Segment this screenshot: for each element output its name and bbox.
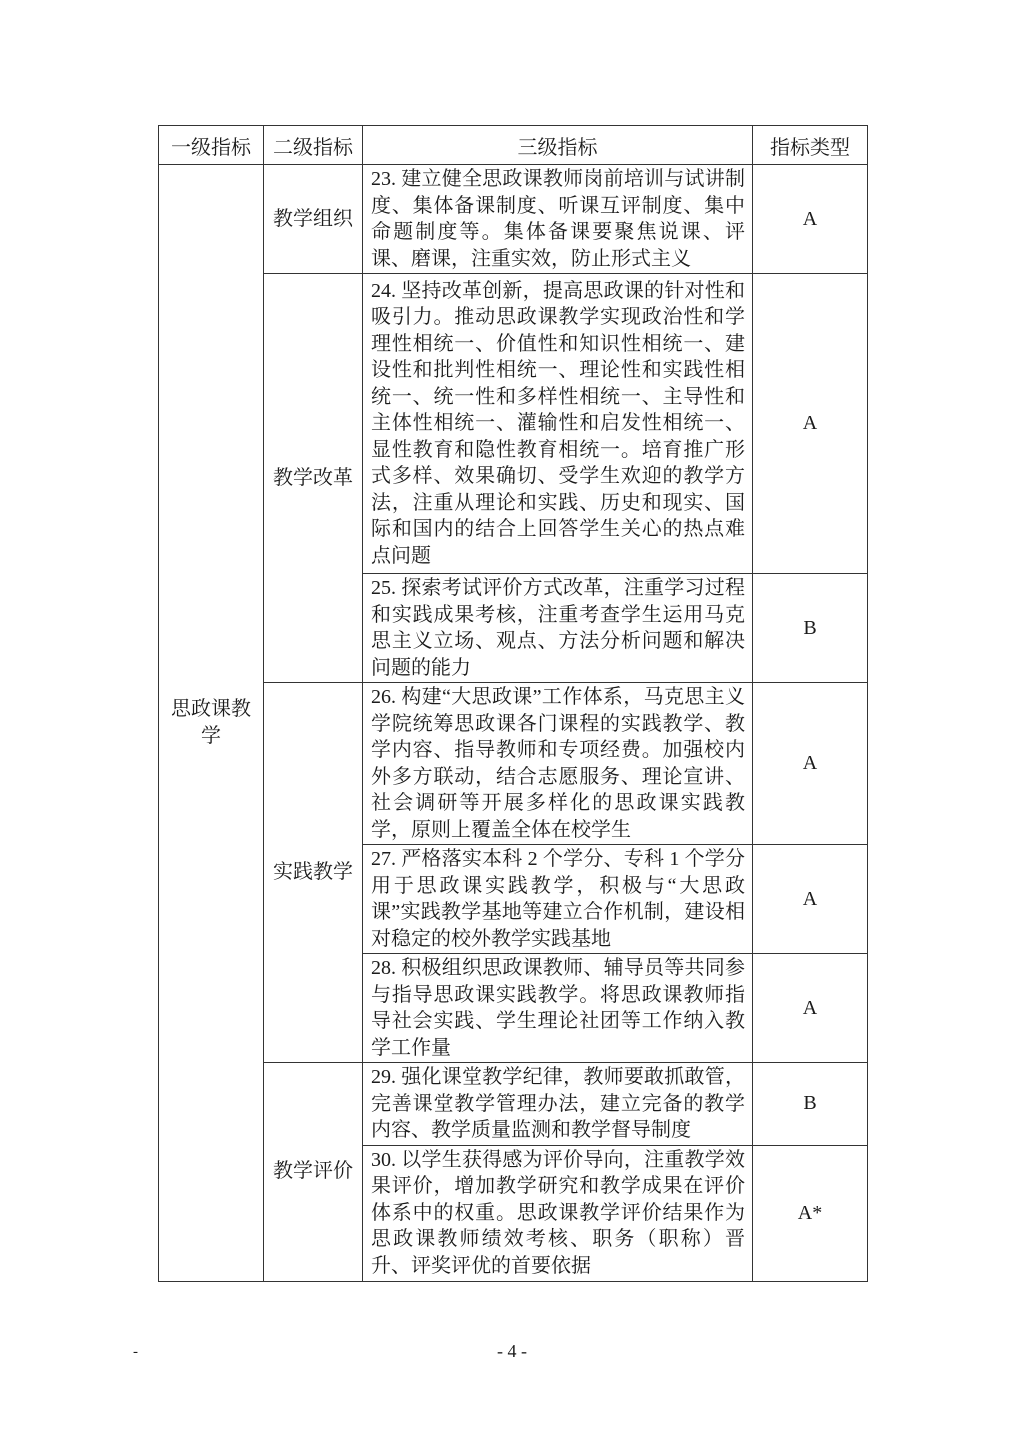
indicator-28-text: 28. 积极组织思政课教师、辅导员等共同参与指导思政课实践教学。将思政课教师指导… [363,954,753,1063]
level1-indicator-cell: 思政课教学 [159,165,264,1282]
indicator-29-type: B [753,1063,868,1146]
indicator-table: 一级指标 二级指标 三级指标 指标类型 思政课教学 教学组织 23. 建立健全思… [158,125,868,1282]
level2-group-practice-teaching: 实践教学 [264,683,363,1063]
level2-group-teaching-reform: 教学改革 [264,274,363,683]
header-level3-indicator: 三级指标 [363,126,753,165]
indicator-25-type: B [753,574,868,683]
indicator-25-text: 25. 探索考试评价方式改革，注重学习过程和实践成果考核，注重考查学生运用马克思… [363,574,753,683]
page-number: - 4 - [0,1341,1024,1362]
indicator-27-type: A [753,845,868,954]
table-row: 教学改革 24. 坚持改革创新，提高思政课的针对性和吸引力。推动思政课教学实现政… [159,274,868,574]
table-row: 教学评价 29. 强化课堂教学纪律，教师要敢抓敢管，完善课堂教学管理办法，建立完… [159,1063,868,1146]
indicator-30-type: A* [753,1145,868,1281]
header-level1-indicator: 一级指标 [159,126,264,165]
indicator-27-text: 27. 严格落实本科 2 个学分、专科 1 个学分用于思政课实践教学，积极与“大… [363,845,753,954]
table-header-row: 一级指标 二级指标 三级指标 指标类型 [159,126,868,165]
indicator-24-text: 24. 坚持改革创新，提高思政课的针对性和吸引力。推动思政课教学实现政治性和学理… [363,274,753,574]
indicator-30-text: 30. 以学生获得感为评价导向，注重教学效果评价，增加教学研究和教学成果在评价体… [363,1145,753,1281]
table-row: 思政课教学 教学组织 23. 建立健全思政课教师岗前培训与试讲制度、集体备课制度… [159,165,868,274]
indicator-29-text: 29. 强化课堂教学纪律，教师要敢抓敢管，完善课堂教学管理办法，建立完备的教学内… [363,1063,753,1146]
level2-group-teaching-evaluation: 教学评价 [264,1063,363,1282]
indicator-26-text: 26. 构建“大思政课”工作体系，马克思主义学院统筹思政课各门课程的实践教学、教… [363,683,753,845]
level2-group-teaching-organization: 教学组织 [264,165,363,274]
indicator-24-type: A [753,274,868,574]
table-row: 实践教学 26. 构建“大思政课”工作体系，马克思主义学院统筹思政课各门课程的实… [159,683,868,845]
indicator-26-type: A [753,683,868,845]
indicator-23-text: 23. 建立健全思政课教师岗前培训与试讲制度、集体备课制度、听课互评制度、集中命… [363,165,753,274]
header-indicator-type: 指标类型 [753,126,868,165]
indicator-28-type: A [753,954,868,1063]
indicator-23-type: A [753,165,868,274]
header-level2-indicator: 二级指标 [264,126,363,165]
